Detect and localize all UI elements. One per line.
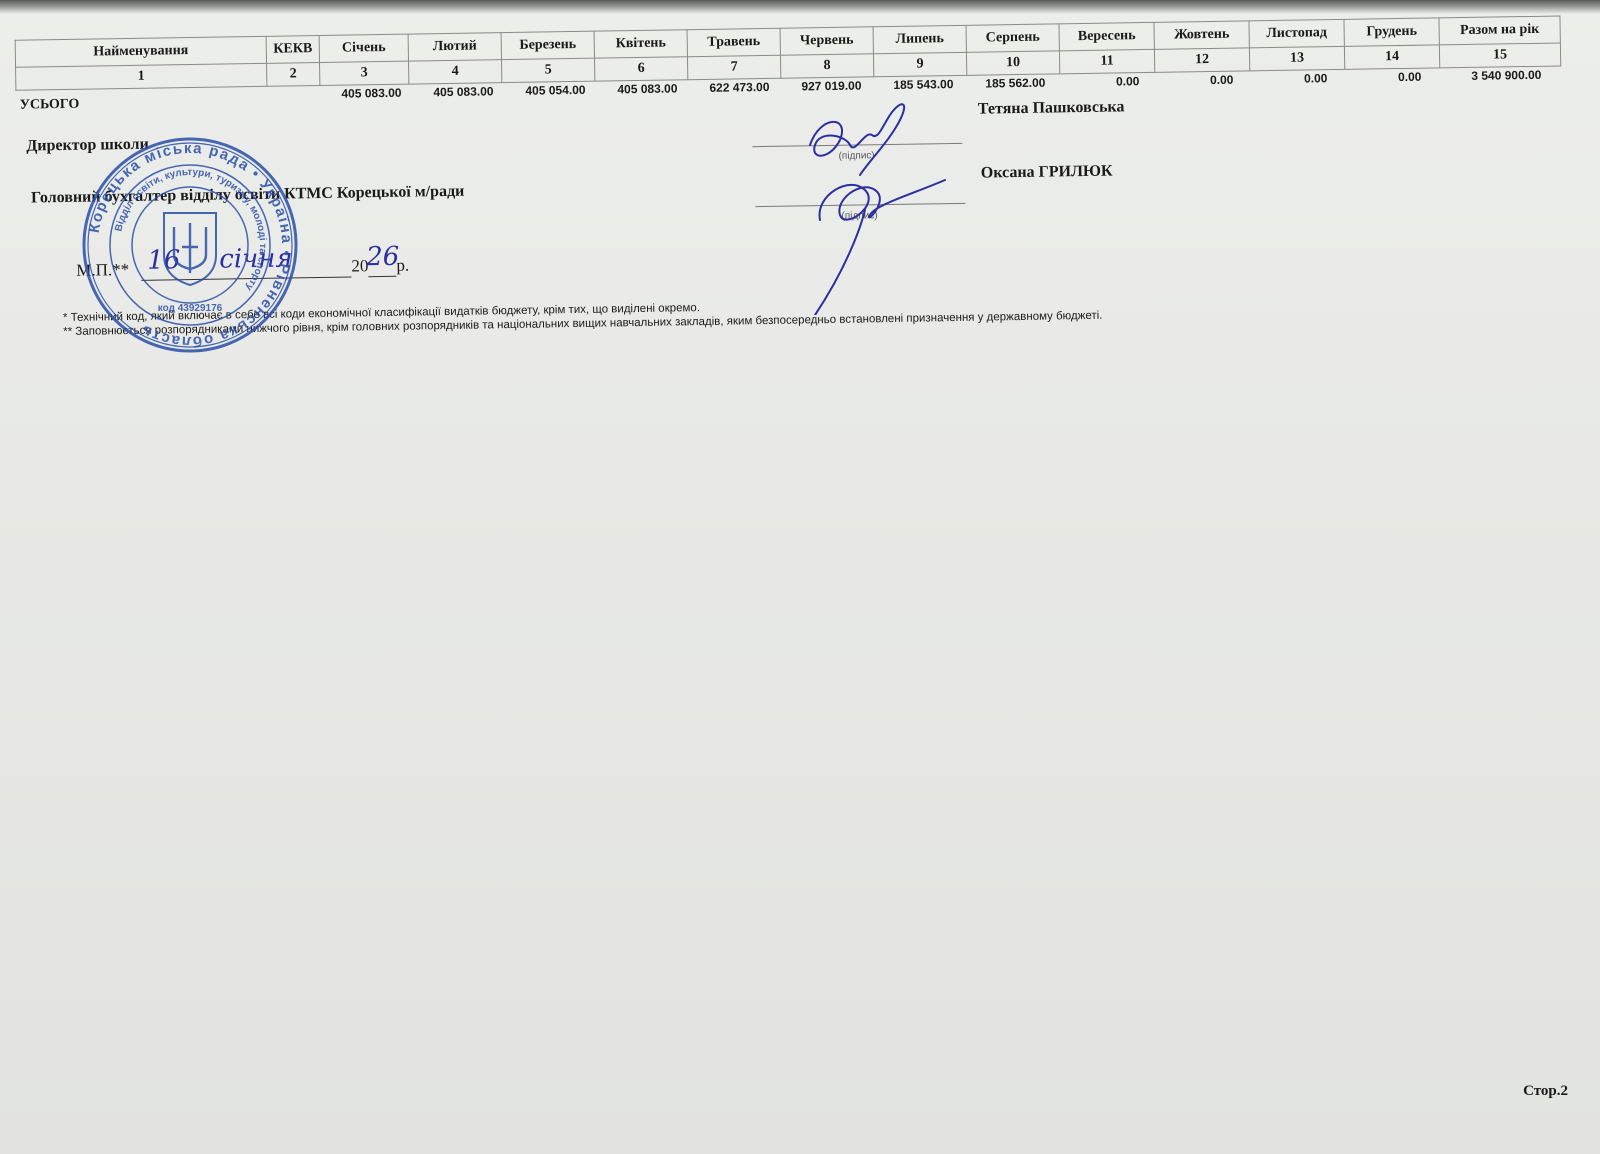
column-header: Січень xyxy=(319,34,408,62)
page-number: Стор.2 xyxy=(1523,1083,1568,1100)
column-number: 13 xyxy=(1249,46,1344,70)
column-header: Серпень xyxy=(966,24,1059,52)
column-header: Найменування xyxy=(15,36,266,67)
column-header: Вересень xyxy=(1059,22,1154,50)
total-value: 0.00 xyxy=(1237,71,1327,86)
total-value: 0.00 xyxy=(1143,73,1233,88)
director-name: Тетяна Пашковська xyxy=(978,98,1125,118)
column-number: 6 xyxy=(594,57,687,81)
column-number: 3 xyxy=(320,61,409,85)
total-value: 405 054.00 xyxy=(497,83,585,98)
column-number: 14 xyxy=(1344,45,1439,69)
column-header: Квітень xyxy=(594,30,687,58)
total-label: УСЬОГО xyxy=(20,97,80,114)
column-number: 5 xyxy=(501,58,594,82)
column-number: 15 xyxy=(1439,43,1560,68)
column-number: 2 xyxy=(267,62,320,86)
column-header: Листопад xyxy=(1249,19,1344,47)
svg-text:код 43929176: код 43929176 xyxy=(158,303,223,314)
signature-scribbles-icon xyxy=(790,100,970,315)
total-value: 405 083.00 xyxy=(405,84,493,99)
column-number: 9 xyxy=(873,52,966,76)
column-header: КЕКВ xyxy=(266,35,319,63)
column-header: Липень xyxy=(873,25,966,53)
column-header: Червень xyxy=(780,27,873,55)
column-number: 7 xyxy=(687,55,780,79)
total-value: 405 083.00 xyxy=(317,86,401,101)
column-number: 11 xyxy=(1059,49,1154,73)
column-number: 1 xyxy=(16,63,267,90)
total-value: 927 019.00 xyxy=(773,78,861,93)
column-header: Грудень xyxy=(1344,18,1439,46)
column-number: 8 xyxy=(780,54,873,78)
total-value: 185 543.00 xyxy=(865,77,953,92)
total-value: 185 562.00 xyxy=(957,76,1045,91)
date-year-suffix: 26 xyxy=(366,242,400,273)
total-value: 3 540 900.00 xyxy=(1425,68,1541,84)
total-value: 0.00 xyxy=(1049,74,1139,89)
total-value: 0.00 xyxy=(1331,70,1421,85)
total-value: 405 083.00 xyxy=(589,81,677,96)
accountant-name: Оксана ГРИЛЮК xyxy=(981,163,1113,183)
total-value: 622 473.00 xyxy=(681,80,769,95)
official-stamp-icon: Корецька міська рада • Україна • Рівненс… xyxy=(80,135,300,355)
column-number: 4 xyxy=(409,60,502,84)
date-year-field: 26 xyxy=(368,256,396,277)
column-header: Разом на рік xyxy=(1439,16,1560,45)
column-number: 12 xyxy=(1154,48,1249,72)
column-number: 10 xyxy=(966,51,1059,75)
column-header: Травень xyxy=(687,28,780,56)
column-header: Лютий xyxy=(408,33,501,61)
column-header: Жовтень xyxy=(1154,21,1249,49)
column-header: Березень xyxy=(501,31,594,59)
